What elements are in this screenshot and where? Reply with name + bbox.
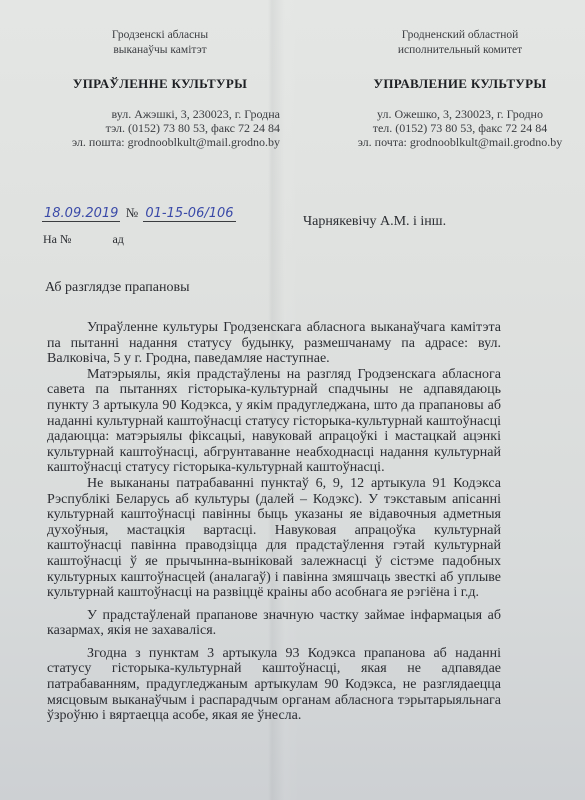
letterhead-belarusian: Гродзенскі абласны выканаўчы камітэт УПР… <box>40 28 280 149</box>
paragraph: Не выкананы патрабаванні пунктаў 6, 9, 1… <box>47 476 501 601</box>
from-label: ад <box>112 232 123 246</box>
address: вул. Ажэшкі, 3, 230023, г. Гродна <box>40 107 280 121</box>
phone: тел. (0152) 73 80 53, факс 72 24 84 <box>345 121 575 135</box>
org-name-line1: Гродзенскі абласны <box>40 28 280 43</box>
handwritten-date: 18.09.2019 <box>42 206 120 222</box>
reply-reference: На № ад <box>43 232 124 247</box>
paragraph: Матэрыялы, якія прадстаўлены на разгляд … <box>47 367 501 476</box>
paragraph: У прадстаўленай прапанове значную частку… <box>47 608 501 639</box>
paragraph: Упраўленне культуры Гродзенскага абласно… <box>47 320 501 367</box>
reference-line: 18.09.2019 № 01-15-06/106 <box>42 205 236 221</box>
subject-line: Аб разглядзе прапановы <box>45 280 190 296</box>
addressee: Чарнякевічу А.М. і інш. <box>303 214 446 230</box>
org-name-line2: выканаўчы камітэт <box>40 43 280 58</box>
address: ул. Ожешко, 3, 230023, г. Гродно <box>345 107 575 121</box>
handwritten-number: 01-15-06/106 <box>143 206 235 222</box>
letter-page: Гродзенскі абласны выканаўчы камітэт УПР… <box>0 0 585 800</box>
letter-body: Упраўленне культуры Гродзенскага абласно… <box>47 320 501 724</box>
department-name: УПРАВЛЕНИЕ КУЛЬТУРЫ <box>345 76 575 91</box>
org-name-line2: исполнительный комитет <box>345 43 575 58</box>
department-name: УПРАЎЛЕННЕ КУЛЬТУРЫ <box>40 76 280 91</box>
reply-to-label: На № <box>43 232 71 246</box>
letterhead-russian: Гродненский областной исполнительный ком… <box>345 28 575 149</box>
email: эл. пошта: grodnooblkult@mail.grodno.by <box>40 135 280 149</box>
number-label: № <box>126 205 138 220</box>
paragraph: Згодна з пунктам 3 артыкула 93 Кодэкса п… <box>47 646 501 724</box>
email: эл. почта: grodnooblkult@mail.grodno.by <box>345 135 575 149</box>
org-name-line1: Гродненский областной <box>345 28 575 43</box>
phone: тэл. (0152) 73 80 53, факс 72 24 84 <box>40 121 280 135</box>
